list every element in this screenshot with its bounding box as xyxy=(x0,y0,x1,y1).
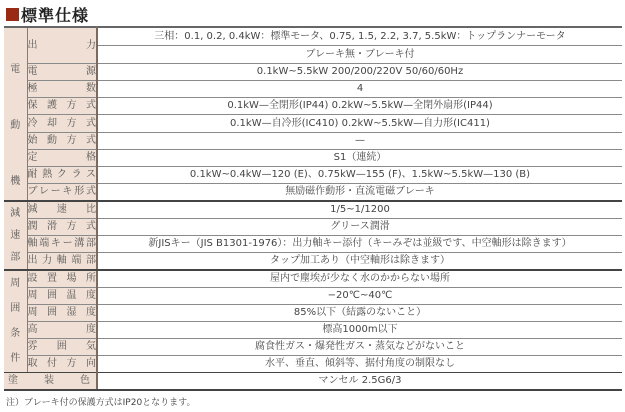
table-row: 冷却方式 0.1kW—自冷形(IC410) 0.2kW~5.5kW—自力形(IC… xyxy=(4,115,622,132)
value-temperature: −20℃~40℃ xyxy=(97,288,622,305)
value-altitude: 標高1000m以下 xyxy=(97,322,622,339)
value-humidity: 85%以下（結露のないこと） xyxy=(97,305,622,322)
table-row: 取付方向 水平、垂直、傾斜等、据付角度の制限なし xyxy=(4,356,622,373)
label-location: 設置場所 xyxy=(27,270,97,288)
value-protection: 0.1kW—全閉形(IP44) 0.2kW~5.5kW—全閉外扇形(IP44) xyxy=(97,98,622,115)
label-output: 出力 xyxy=(27,27,97,64)
table-row: 極数 4 xyxy=(4,81,622,98)
value-heat-class: 0.1kW~0.4kW—120 (E)、0.75kW—155 (F)、1.5kW… xyxy=(97,166,622,183)
group-environment: 周 囲 条 件 xyxy=(4,270,27,373)
value-output-2: ブレーキ無・ブレーキ付 xyxy=(97,46,622,64)
table-row: 雰囲気 腐食性ガス・爆発性ガス・蒸気などがないこと xyxy=(4,339,622,356)
table-row: 出力軸端部 タップ加工あり（中空軸形は除きます） xyxy=(4,253,622,271)
value-rating: S1（連続） xyxy=(97,149,622,166)
value-ratio: 1/5~1/1200 xyxy=(97,201,622,219)
value-output-1: 三相：0.1, 0.2, 0.4kW：標準モータ、0.75, 1.5, 2.2,… xyxy=(97,27,622,46)
footnote: 注）ブレーキ付の保護方式はIP20となります。 xyxy=(6,395,195,408)
label-heat-class: 耐熱クラス xyxy=(27,166,97,183)
table-row: 周 囲 条 件 設置場所 屋内で塵埃が少なく水のかからない場所 xyxy=(4,270,622,288)
value-poles: 4 xyxy=(97,81,622,98)
value-starting: — xyxy=(97,132,622,149)
label-lubrication: 潤滑方式 xyxy=(27,219,97,236)
value-lubrication: グリース潤滑 xyxy=(97,219,622,236)
value-brake-type: 無励磁作動形・直流電磁ブレーキ xyxy=(97,183,622,201)
table-row: 電 動 機 出力 三相：0.1, 0.2, 0.4kW：標準モータ、0.75, … xyxy=(4,27,622,46)
label-altitude: 高度 xyxy=(27,322,97,339)
table-row: 耐熱クラス 0.1kW~0.4kW—120 (E)、0.75kW—155 (F)… xyxy=(4,166,622,183)
label-temperature: 周囲温度 xyxy=(27,288,97,305)
value-power: 0.1kW~5.5kW 200/200/220V 50/60/60Hz xyxy=(97,64,622,81)
label-mounting: 取付方向 xyxy=(27,356,97,373)
value-location: 屋内で塵埃が少なく水のかからない場所 xyxy=(97,270,622,288)
table-row: 周囲湿度 85%以下（結露のないこと） xyxy=(4,305,622,322)
label-ratio: 減速比 xyxy=(27,201,97,219)
table-row: ブレーキ形式 無励磁作動形・直流電磁ブレーキ xyxy=(4,183,622,201)
value-paint: マンセル 2.5G6/3 xyxy=(97,373,622,391)
table-row: 保護方式 0.1kW—全閉形(IP44) 0.2kW~5.5kW—全閉外扇形(I… xyxy=(4,98,622,115)
label-power: 電源 xyxy=(27,64,97,81)
spec-table: 電 動 機 出力 三相：0.1, 0.2, 0.4kW：標準モータ、0.75, … xyxy=(4,26,622,391)
label-brake-type: ブレーキ形式 xyxy=(27,183,97,201)
label-humidity: 周囲湿度 xyxy=(27,305,97,322)
label-starting: 始動方式 xyxy=(27,132,97,149)
label-atmosphere: 雰囲気 xyxy=(27,339,97,356)
table-row: ブレーキ無・ブレーキ付 xyxy=(4,46,622,64)
table-row: 軸端キー溝部 新JISキー（JIS B1301-1976）：出力軸キー添付（キー… xyxy=(4,236,622,253)
group-reducer: 減 速 部 xyxy=(4,201,27,270)
section-title-text: 標準仕様 xyxy=(21,3,89,26)
label-rating: 定格 xyxy=(27,149,97,166)
table-row: 始動方式 — xyxy=(4,132,622,149)
label-cooling: 冷却方式 xyxy=(27,115,97,132)
table-row: 減 速 部 減速比 1/5~1/1200 xyxy=(4,201,622,219)
table-row: 周囲温度 −20℃~40℃ xyxy=(4,288,622,305)
table-row: 潤滑方式 グリース潤滑 xyxy=(4,219,622,236)
table-row: 定格 S1（連続） xyxy=(4,149,622,166)
section-title: 標準仕様 xyxy=(6,4,89,24)
value-output-shaft: タップ加工あり（中空軸形は除きます） xyxy=(97,253,622,271)
label-protection: 保護方式 xyxy=(27,98,97,115)
label-shaft-key: 軸端キー溝部 xyxy=(27,236,97,253)
table-row: 電源 0.1kW~5.5kW 200/200/220V 50/60/60Hz xyxy=(4,64,622,81)
label-paint: 塗装色 xyxy=(4,373,97,391)
label-poles: 極数 xyxy=(27,81,97,98)
value-atmosphere: 腐食性ガス・爆発性ガス・蒸気などがないこと xyxy=(97,339,622,356)
title-square-icon xyxy=(6,8,19,21)
group-motor: 電 動 機 xyxy=(4,27,27,201)
label-output-shaft: 出力軸端部 xyxy=(27,253,97,271)
value-shaft-key: 新JISキー（JIS B1301-1976）：出力軸キー添付（キーみぞは並級です… xyxy=(97,236,622,253)
table-row: 高度 標高1000m以下 xyxy=(4,322,622,339)
value-cooling: 0.1kW—自冷形(IC410) 0.2kW~5.5kW—自力形(IC411) xyxy=(97,115,622,132)
table-row: 塗装色 マンセル 2.5G6/3 xyxy=(4,373,622,391)
value-mounting: 水平、垂直、傾斜等、据付角度の制限なし xyxy=(97,356,622,373)
